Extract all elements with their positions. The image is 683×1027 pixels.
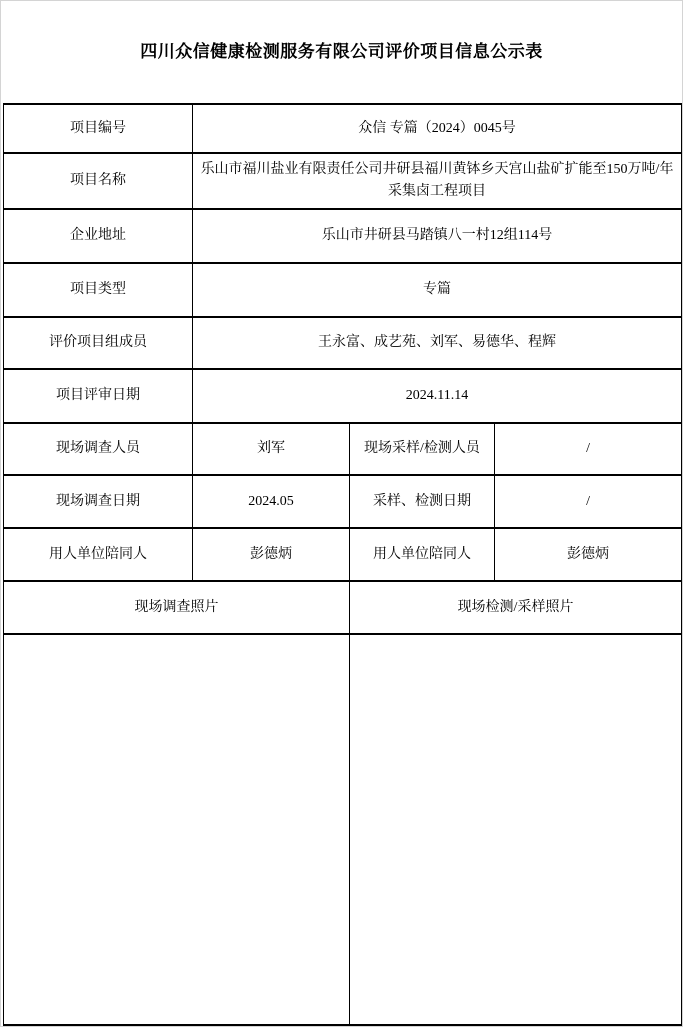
photo-area-sampling bbox=[350, 634, 682, 1025]
photo-area-survey bbox=[4, 634, 350, 1025]
value-employer-escort-left: 彭德炳 bbox=[193, 528, 350, 581]
table-row: 项目评审日期 2024.11.14 bbox=[4, 369, 682, 423]
table-row: 项目类型 专篇 bbox=[4, 263, 682, 317]
value-site-survey-personnel: 刘军 bbox=[193, 423, 350, 475]
table-row: 项目编号 众信 专篇（2024）0045号 bbox=[4, 104, 682, 153]
value-project-number: 众信 专篇（2024）0045号 bbox=[193, 104, 682, 153]
label-sampling-date: 采样、检测日期 bbox=[350, 475, 495, 528]
table-row bbox=[4, 634, 682, 1025]
table-row: 现场调查人员 刘军 现场采样/检测人员 / bbox=[4, 423, 682, 475]
table-row: 用人单位陪同人 彭德炳 用人单位陪同人 彭德炳 bbox=[4, 528, 682, 581]
label-review-date: 项目评审日期 bbox=[4, 369, 193, 423]
label-site-survey-date: 现场调查日期 bbox=[4, 475, 193, 528]
label-employer-escort-right: 用人单位陪同人 bbox=[350, 528, 495, 581]
value-project-type: 专篇 bbox=[193, 263, 682, 317]
document-page: 四川众信健康检测服务有限公司评价项目信息公示表 项目编号 众信 专篇（2024）… bbox=[0, 0, 683, 1027]
label-project-type: 项目类型 bbox=[4, 263, 193, 317]
table-row: 现场调查日期 2024.05 采样、检测日期 / bbox=[4, 475, 682, 528]
label-employer-escort-left: 用人单位陪同人 bbox=[4, 528, 193, 581]
value-employer-escort-right: 彭德炳 bbox=[495, 528, 682, 581]
label-site-survey-personnel: 现场调查人员 bbox=[4, 423, 193, 475]
value-evaluation-team: 王永富、成艺苑、刘军、易德华、程辉 bbox=[193, 317, 682, 369]
header-sampling-photos: 现场检测/采样照片 bbox=[350, 581, 682, 634]
table-row: 现场调查照片 现场检测/采样照片 bbox=[4, 581, 682, 634]
label-sampling-personnel: 现场采样/检测人员 bbox=[350, 423, 495, 475]
label-project-name: 项目名称 bbox=[4, 153, 193, 209]
value-project-name: 乐山市福川盐业有限责任公司井研县福川黄钵乡天宫山盐矿扩能至150万吨/年采集卤工… bbox=[193, 153, 682, 209]
header-site-survey-photos: 现场调查照片 bbox=[4, 581, 350, 634]
project-info-table: 项目编号 众信 专篇（2024）0045号 项目名称 乐山市福川盐业有限责任公司… bbox=[3, 103, 682, 1026]
value-company-address: 乐山市井研县马踏镇八一村12组114号 bbox=[193, 209, 682, 263]
value-review-date: 2024.11.14 bbox=[193, 369, 682, 423]
value-sampling-personnel: / bbox=[495, 423, 682, 475]
value-sampling-date: / bbox=[495, 475, 682, 528]
page-title: 四川众信健康检测服务有限公司评价项目信息公示表 bbox=[1, 37, 682, 62]
label-company-address: 企业地址 bbox=[4, 209, 193, 263]
table-row: 评价项目组成员 王永富、成艺苑、刘军、易德华、程辉 bbox=[4, 317, 682, 369]
table-row: 企业地址 乐山市井研县马踏镇八一村12组114号 bbox=[4, 209, 682, 263]
table-row: 项目名称 乐山市福川盐业有限责任公司井研县福川黄钵乡天宫山盐矿扩能至150万吨/… bbox=[4, 153, 682, 209]
value-site-survey-date: 2024.05 bbox=[193, 475, 350, 528]
label-evaluation-team: 评价项目组成员 bbox=[4, 317, 193, 369]
label-project-number: 项目编号 bbox=[4, 104, 193, 153]
